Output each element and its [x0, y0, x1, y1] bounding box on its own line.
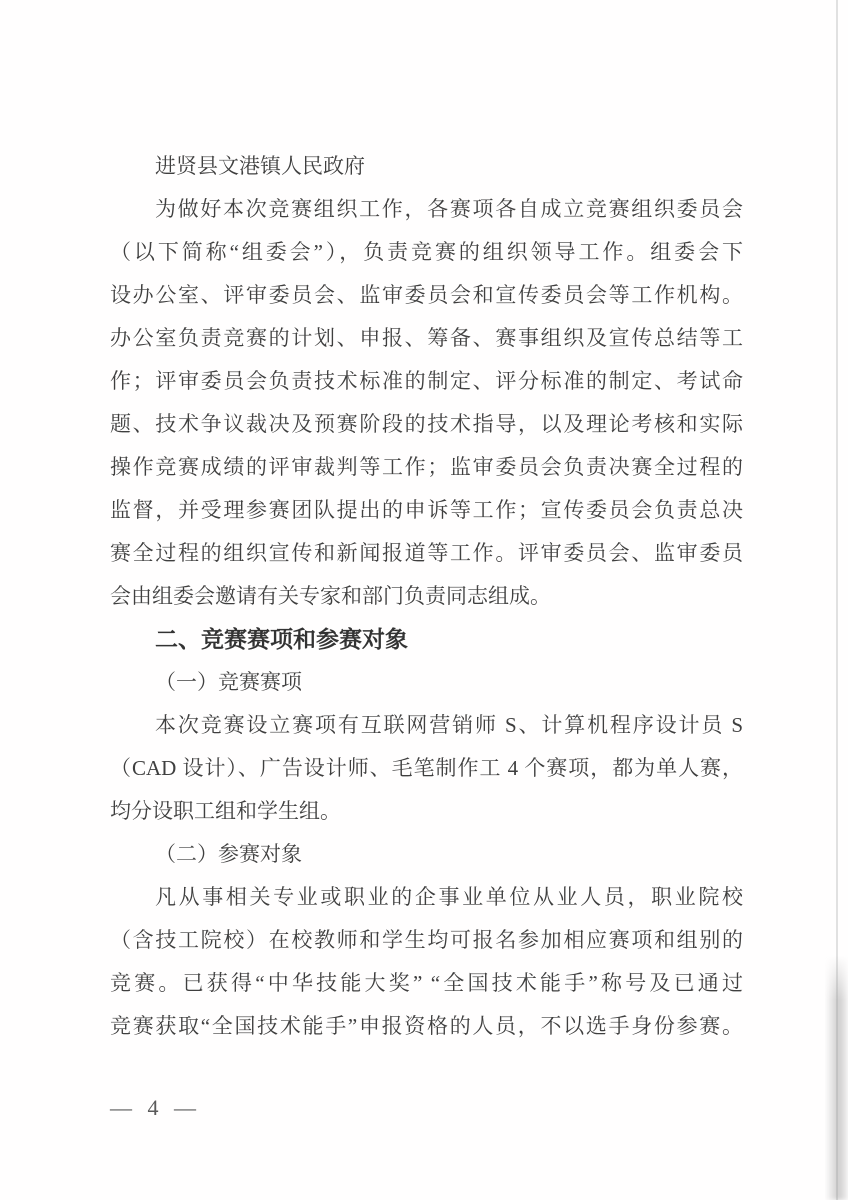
text-line: 均分设职工组和学生组。 — [110, 790, 743, 833]
addressee-line: 进贤县文港镇人民政府 — [110, 145, 743, 188]
text-line: 设办公室、评审委员会、监审委员会和宣传委员会等工作机构。 — [110, 274, 743, 317]
text-line: 为做好本次竞赛组织工作，各赛项各自成立竞赛组织委员会 — [110, 188, 743, 231]
text-line: 操作竞赛成绩的评审裁判等工作；监审委员会负责决赛全过程的 — [110, 446, 743, 489]
document-body: 进贤县文港镇人民政府 为做好本次竞赛组织工作，各赛项各自成立竞赛组织委员会 （以… — [110, 145, 743, 1048]
section-heading: 二、竞赛赛项和参赛对象 — [110, 618, 743, 661]
scan-edge-shadow — [825, 955, 848, 1200]
text-line: 竞赛。已获得“中华技能大奖” “全国技术能手”称号及已通过 — [110, 962, 743, 1005]
text-line: 凡从事相关专业或职业的企事业单位从业人员，职业院校 — [110, 876, 743, 919]
text-line: 题、技术争议裁决及预赛阶段的技术指导，以及理论考核和实际 — [110, 403, 743, 446]
text-line: 竞赛获取“全国技术能手”申报资格的人员，不以选手身份参赛。 — [110, 1005, 743, 1048]
text-line: 监督，并受理参赛团队提出的申诉等工作；宣传委员会负责总决 — [110, 489, 743, 532]
page-number: — 4 — — [110, 1086, 201, 1129]
text-line: 赛全过程的组织宣传和新闻报道等工作。评审委员会、监审委员 — [110, 532, 743, 575]
text-line: 本次竞赛设立赛项有互联网营销师 S、计算机程序设计员 S — [110, 704, 743, 747]
subsection-heading: （一）竞赛赛项 — [110, 661, 743, 704]
text-line: 办公室负责竞赛的计划、申报、筹备、赛事组织及宣传总结等工 — [110, 317, 743, 360]
scanned-document-page: 进贤县文港镇人民政府 为做好本次竞赛组织工作，各赛项各自成立竞赛组织委员会 （以… — [0, 0, 848, 1200]
text-line: 作；评审委员会负责技术标准的制定、评分标准的制定、考试命 — [110, 360, 743, 403]
text-line: （含技工院校）在校教师和学生均可报名参加相应赛项和组别的 — [110, 919, 743, 962]
text-line: 会由组委会邀请有关专家和部门负责同志组成。 — [110, 575, 743, 618]
text-line: （以下简称“组委会”），负责竞赛的组织领导工作。组委会下 — [110, 231, 743, 274]
text-line: （CAD 设计）、广告设计师、毛笔制作工 4 个赛项，都为单人赛， — [110, 747, 743, 790]
subsection-heading: （二）参赛对象 — [110, 833, 743, 876]
